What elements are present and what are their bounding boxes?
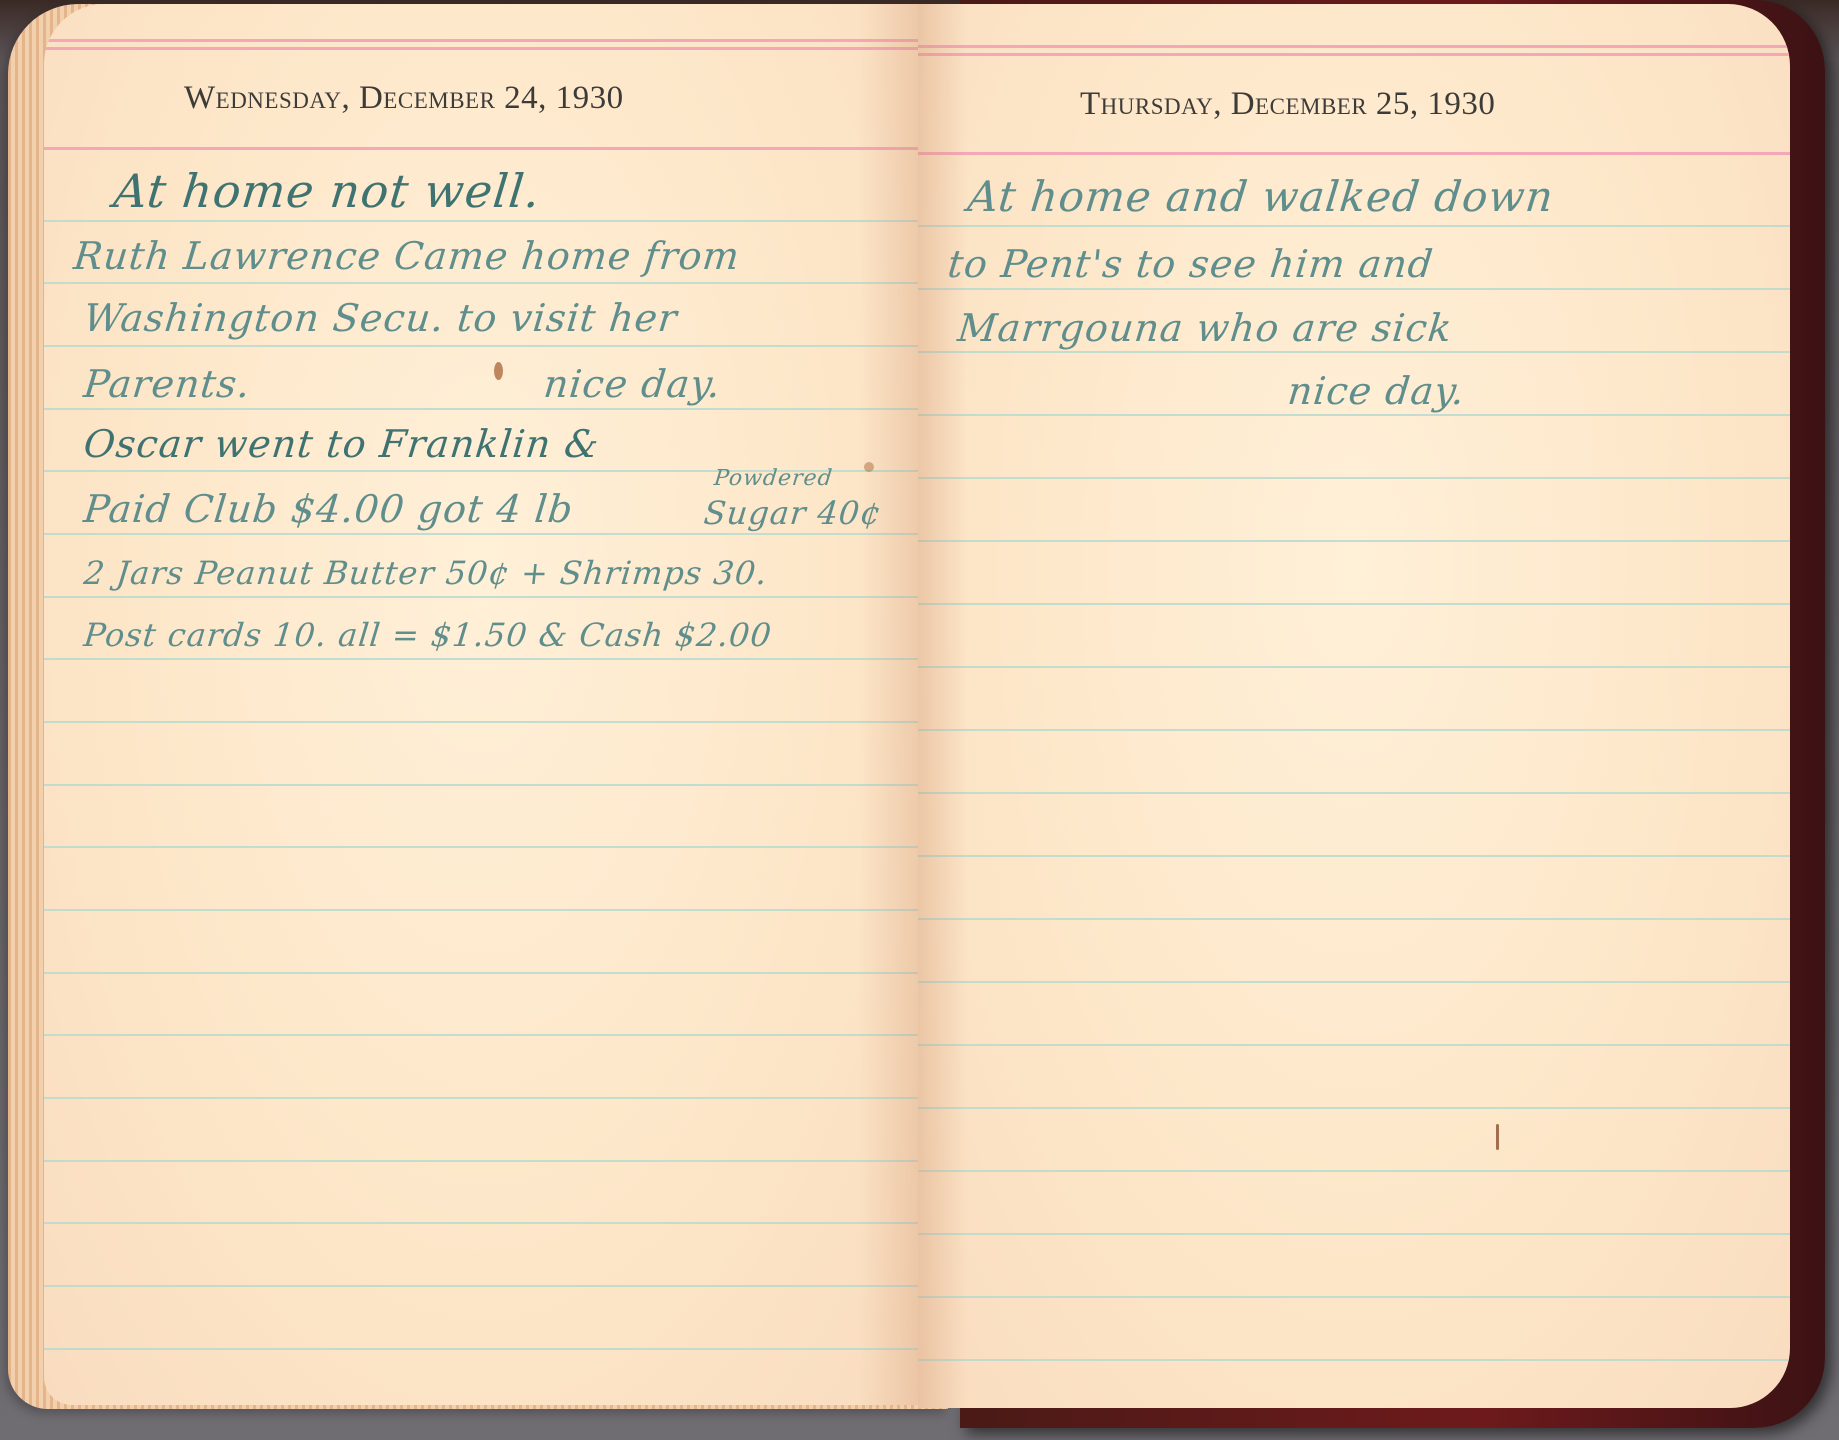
top-rule (44, 47, 918, 50)
ruled-line (918, 1359, 1790, 1361)
ruled-line (918, 1296, 1790, 1298)
ruled-line (918, 540, 1790, 542)
annotation-powdered: Powdered (713, 466, 834, 491)
spine-shadow (918, 4, 968, 1408)
ruled-line (44, 1285, 918, 1287)
header-rule (44, 147, 918, 150)
ruled-line (918, 1170, 1790, 1172)
ruled-line (44, 1222, 918, 1224)
ruled-line (918, 603, 1790, 605)
ruled-line (918, 855, 1790, 857)
ink-stain (494, 362, 503, 380)
ruled-line (918, 1107, 1790, 1109)
ruled-line (918, 477, 1790, 479)
date-header-right: Thursday, December 25, 1930 (1080, 86, 1495, 123)
diary-page-right: Thursday, December 25, 1930 At home and … (918, 4, 1790, 1408)
ruled-line (918, 666, 1790, 668)
entry-line: to Pent's to see him and (946, 242, 1436, 286)
entry-line: Parents. (82, 362, 253, 406)
ruled-line (918, 351, 1790, 353)
entry-line: Oscar went to Franklin & (82, 422, 602, 466)
ruled-line (44, 596, 918, 598)
ruled-line (44, 408, 918, 410)
entry-line: At home and walked down (965, 172, 1556, 221)
ruled-line (918, 729, 1790, 731)
entry-line: Marrgouna who are sick (956, 306, 1455, 350)
ruled-line (918, 288, 1790, 290)
paper-mark (1496, 1124, 1499, 1150)
ruled-line (44, 721, 918, 723)
ruled-line (44, 1097, 918, 1099)
ruled-line (44, 220, 918, 222)
ruled-line (918, 792, 1790, 794)
diary-page-left: Wednesday, December 24, 1930 At home not… (44, 4, 918, 1405)
entry-line: Ruth Lawrence Came home from (72, 234, 742, 278)
entry-line: Post cards 10. all = $1.50 & Cash $2.00 (82, 616, 774, 654)
entry-line: 2 Jars Peanut Butter 50¢ + Shrimps 30. (82, 554, 770, 592)
entry-line: At home not well. (111, 164, 543, 218)
ruled-line (918, 1233, 1790, 1235)
spine-shadow (858, 4, 918, 1405)
ruled-line (918, 1044, 1790, 1046)
ruled-line (44, 1160, 918, 1162)
ruled-line (44, 282, 918, 284)
ruled-line (44, 345, 918, 347)
ruled-line (44, 972, 918, 974)
ruled-line (44, 846, 918, 848)
header-rule (918, 152, 1790, 155)
date-header-left: Wednesday, December 24, 1930 (184, 80, 624, 117)
ruled-line (918, 225, 1790, 227)
ruled-line (918, 414, 1790, 416)
entry-line: Sugar 40¢ (702, 494, 884, 532)
entry-line: Washington Secu. to visit her (82, 296, 680, 340)
entry-line: nice day. (1286, 369, 1468, 413)
ruled-line (44, 533, 918, 535)
ruled-line (918, 981, 1790, 983)
entry-line: nice day. (542, 362, 724, 406)
ruled-line (44, 909, 918, 911)
top-rule (44, 39, 918, 42)
ruled-line (44, 1034, 918, 1036)
top-rule (918, 45, 1790, 48)
ruled-line (44, 784, 918, 786)
entry-line: Paid Club $4.00 got 4 lb (82, 487, 576, 531)
ruled-line (918, 918, 1790, 920)
ruled-line (44, 658, 918, 660)
ruled-line (44, 1348, 918, 1350)
top-rule (918, 53, 1790, 56)
